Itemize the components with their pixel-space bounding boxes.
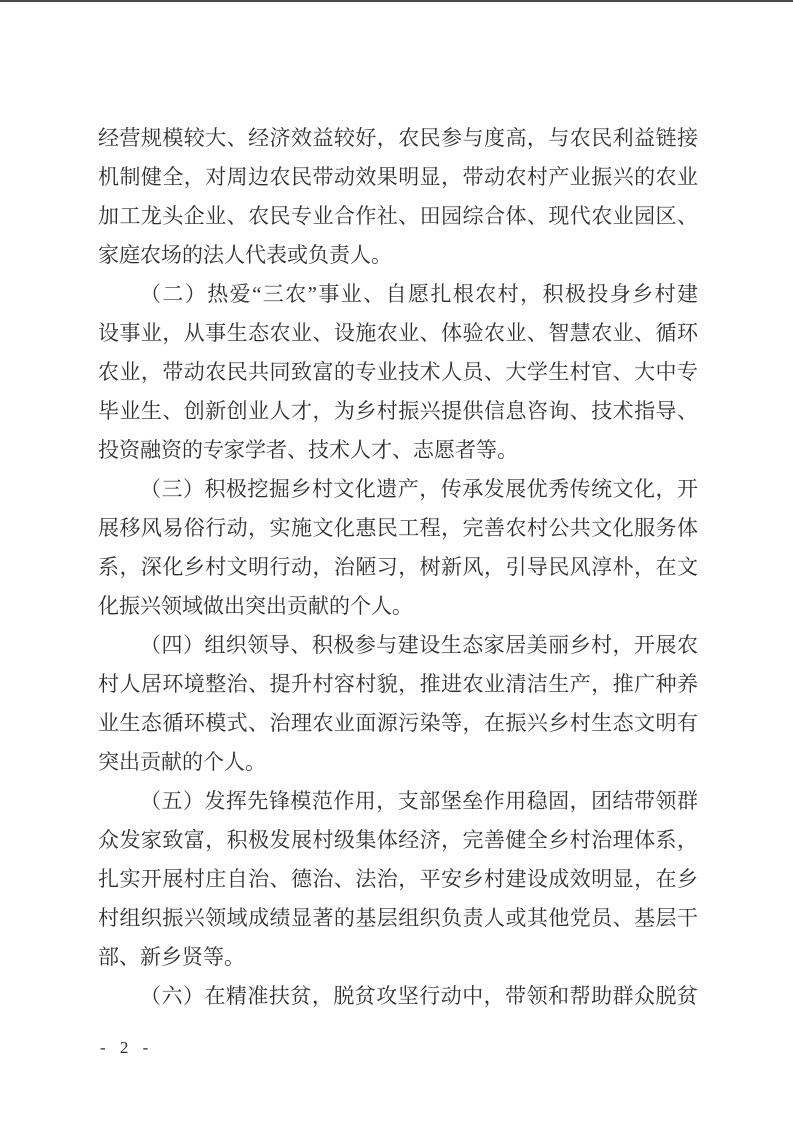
text-line: 村组织振兴领域成绩显著的基层组织负责人或其他党员、基层干	[98, 899, 698, 938]
text-line: 部、新乡贤等。	[98, 938, 698, 977]
text-line: 加工龙头企业、农民专业合作社、田园综合体、现代农业园区、	[98, 197, 698, 236]
paragraph-item-2: （二）热爱“三农”事业、自愿扎根农村，积极投身乡村建 设事业，从事生态农业、设施…	[98, 275, 698, 470]
text-line: 突出贡献的个人。	[98, 743, 698, 782]
text-line: 扎实开展村庄自治、德治、法治，平安乡村建设成效明显，在乡	[98, 860, 698, 899]
text-line: （三）积极挖掘乡村文化遗产，传承发展优秀传统文化，开	[98, 470, 698, 509]
text-line: （二）热爱“三农”事业、自愿扎根农村，积极投身乡村建	[98, 275, 698, 314]
text-line: 化振兴领域做出突出贡献的个人。	[98, 587, 698, 626]
text-line: 家庭农场的法人代表或负责人。	[98, 236, 698, 275]
text-line: 机制健全，对周边农民带动效果明显，带动农村产业振兴的农业	[98, 158, 698, 197]
text-line: （六）在精准扶贫，脱贫攻坚行动中，带领和帮助群众脱贫	[98, 977, 698, 1016]
text-line: （五）发挥先锋模范作用，支部堡垒作用稳固，团结带领群	[98, 782, 698, 821]
text-line: 众发家致富，积极发展村级集体经济，完善健全乡村治理体系，	[98, 821, 698, 860]
document-body-text: 经营规模较大、经济效益较好，农民参与度高，与农民利益链接 机制健全，对周边农民带…	[98, 119, 698, 1016]
text-line: 毕业生、创新创业人才，为乡村振兴提供信息咨询、技术指导、	[98, 392, 698, 431]
scan-top-edge-artifact	[0, 0, 793, 2]
text-line: 村人居环境整治、提升村容村貌，推进农业清洁生产，推广种养	[98, 665, 698, 704]
text-line: （四）组织领导、积极参与建设生态家居美丽乡村，开展农	[98, 626, 698, 665]
paragraph-item-4: （四）组织领导、积极参与建设生态家居美丽乡村，开展农 村人居环境整治、提升村容村…	[98, 626, 698, 782]
text-line: 业生态循环模式、治理农业面源污染等，在振兴乡村生态文明有	[98, 704, 698, 743]
text-line: 展移风易俗行动，实施文化惠民工程，完善农村公共文化服务体	[98, 509, 698, 548]
paragraph-item-6: （六）在精准扶贫，脱贫攻坚行动中，带领和帮助群众脱贫	[98, 977, 698, 1016]
paragraph-item-5: （五）发挥先锋模范作用，支部堡垒作用稳固，团结带领群 众发家致富，积极发展村级集…	[98, 782, 698, 977]
document-page: 经营规模较大、经济效益较好，农民参与度高，与农民利益链接 机制健全，对周边农民带…	[0, 0, 793, 1122]
text-line: 设事业，从事生态农业、设施农业、体验农业、智慧农业、循环	[98, 314, 698, 353]
text-line: 经营规模较大、经济效益较好，农民参与度高，与农民利益链接	[98, 119, 698, 158]
paragraph-continuation: 经营规模较大、经济效益较好，农民参与度高，与农民利益链接 机制健全，对周边农民带…	[98, 119, 698, 275]
page-number: - 2 -	[100, 1038, 151, 1058]
text-line: 投资融资的专家学者、技术人才、志愿者等。	[98, 431, 698, 470]
text-line: 农业，带动农民共同致富的专业技术人员、大学生村官、大中专	[98, 353, 698, 392]
text-line: 系，深化乡村文明行动，治陋习，树新风，引导民风淳朴，在文	[98, 548, 698, 587]
paragraph-item-3: （三）积极挖掘乡村文化遗产，传承发展优秀传统文化，开 展移风易俗行动，实施文化惠…	[98, 470, 698, 626]
